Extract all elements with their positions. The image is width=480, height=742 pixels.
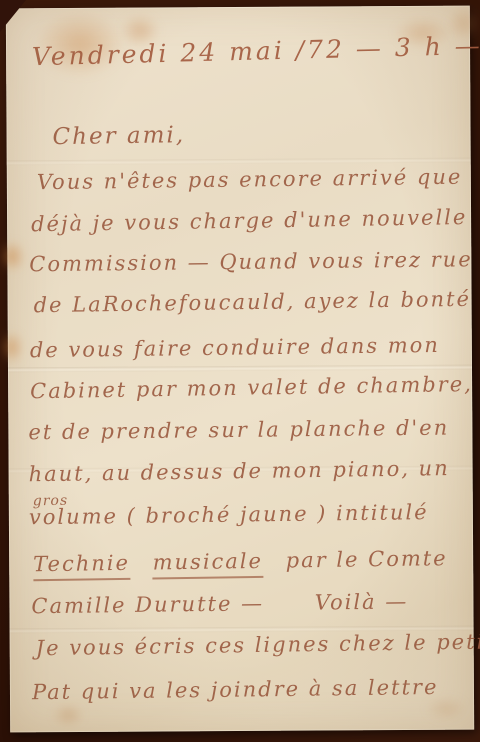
underlined-word: Technie (33, 551, 130, 581)
voila-remark: Voilà — (315, 589, 409, 614)
handwritten-line: de vous faire conduire dans mon (30, 333, 440, 362)
underlined-word: musicale (152, 549, 263, 580)
salutation-line: Cher ami, (52, 122, 185, 150)
author-name: Camille Durutte — (31, 591, 264, 618)
handwritten-line: et de prendre sur la planche d'en (28, 416, 449, 445)
handwritten-line: Commission — Quand vous irez rue (29, 247, 473, 276)
fold-crease (7, 158, 471, 166)
foxing-stain (48, 702, 88, 728)
foxing-stain (0, 326, 26, 368)
foxing-stain (0, 236, 27, 276)
letter-photograph: Vendredi 24 mai /72 — 3 h — Cher ami, Vo… (0, 0, 480, 742)
handwritten-line: de LaRochefoucauld, ayez la bonté (33, 287, 471, 317)
author-line: Camille Durutte — Voilà — (31, 589, 408, 618)
handwritten-line: déjà je vous charge d'une nouvelle (31, 205, 468, 236)
handwritten-line: Je vous écris ces lignes chez le petit (36, 629, 480, 660)
handwritten-line: Vous n'êtes pas encore arrivé que (37, 165, 463, 195)
title-line-rest: par le Comte (285, 546, 447, 572)
book-title-line: Technie musicale par le Comte (33, 546, 448, 576)
letter-paper: Vendredi 24 mai /72 — 3 h — Cher ami, Vo… (6, 6, 474, 733)
handwritten-line: haut, au dessus de mon piano, un (28, 456, 449, 486)
handwritten-line: volume ( broché jaune ) intitulé (29, 500, 429, 529)
fold-crease (8, 365, 472, 373)
handwritten-line: Cabinet par mon valet de chambre, (30, 372, 473, 403)
handwritten-line: Pat qui va les joindre à sa lettre (32, 675, 439, 704)
